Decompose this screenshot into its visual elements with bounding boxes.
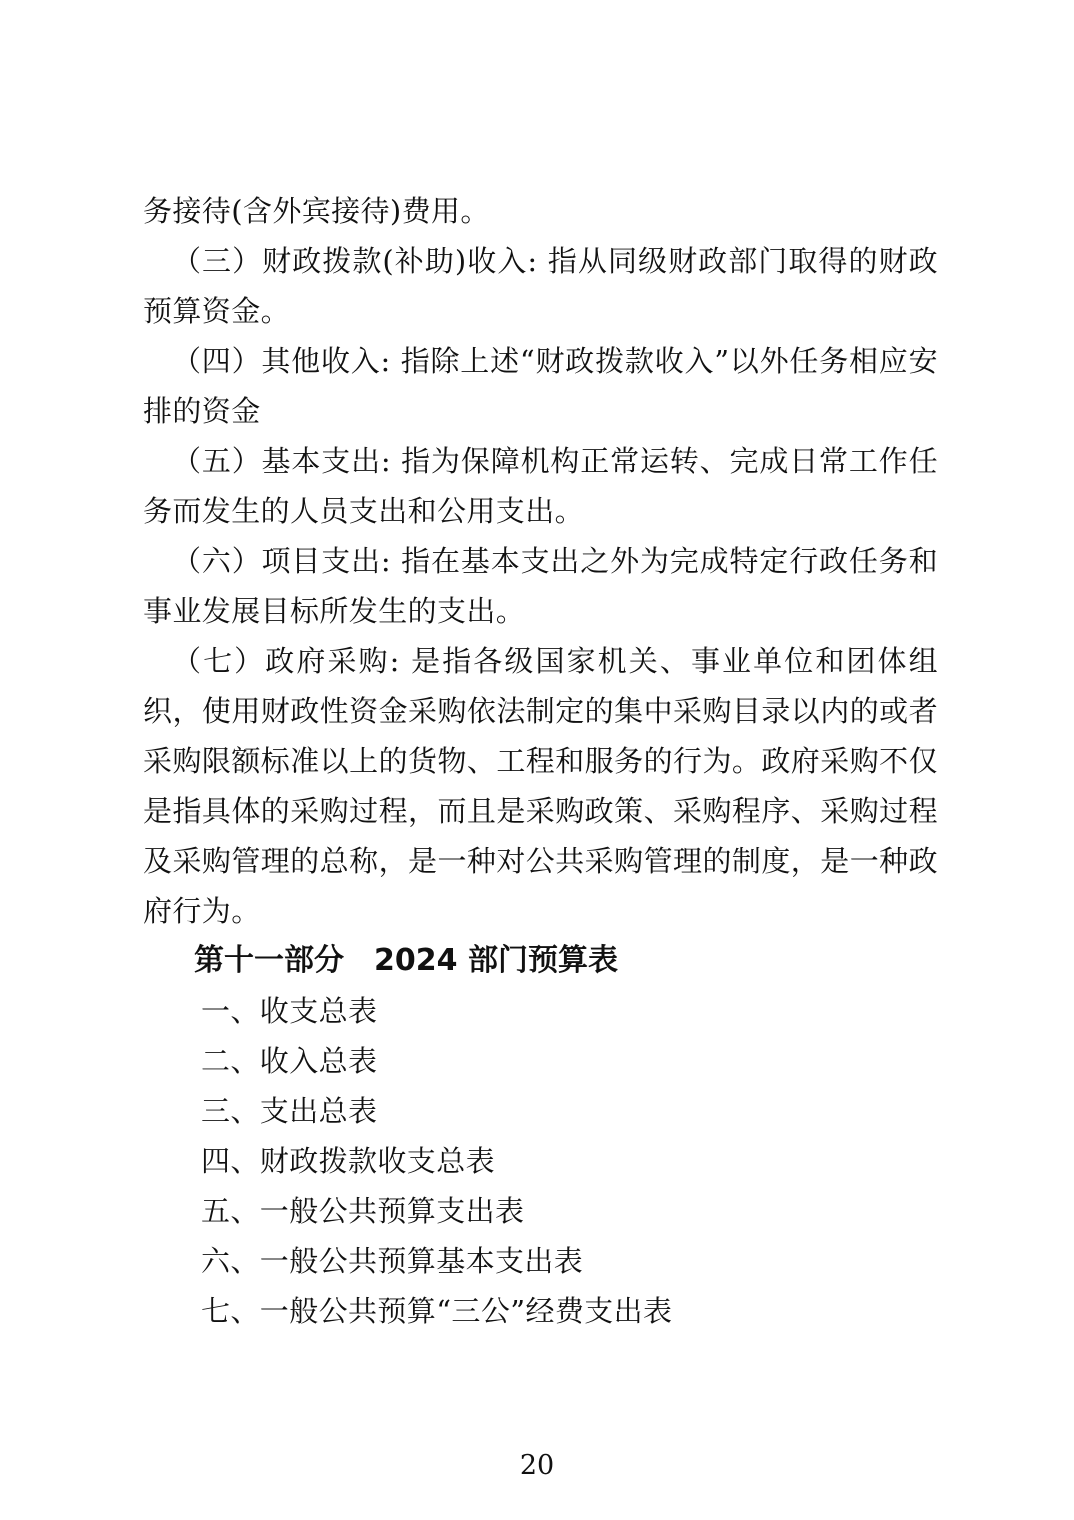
paragraph-definition-3: （三）财政拨款(补助)收入: 指从同级财政部门取得的财政预算资金。 [143, 236, 938, 336]
paragraph-definition-7: （七）政府采购: 是指各级国家机关、事业单位和团体组织，使用财政性资金采购依法制… [143, 636, 938, 936]
list-item-4: 四、财政拨款收支总表 [143, 1136, 938, 1186]
page-number: 20 [0, 1450, 1074, 1481]
list-item-6: 六、一般公共预算基本支出表 [143, 1236, 938, 1286]
paragraph-definition-6: （六）项目支出: 指在基本支出之外为完成特定行政任务和事业发展目标所发生的支出。 [143, 536, 938, 636]
list-item-1: 一、收支总表 [143, 986, 938, 1036]
paragraph-continuation: 务接待(含外宾接待)费用。 [143, 186, 938, 236]
list-item-2: 二、收入总表 [143, 1036, 938, 1086]
document-page: 务接待(含外宾接待)费用。 （三）财政拨款(补助)收入: 指从同级财政部门取得的… [0, 0, 1074, 1520]
list-item-5: 五、一般公共预算支出表 [143, 1186, 938, 1236]
budget-table-list: 一、收支总表 二、收入总表 三、支出总表 四、财政拨款收支总表 五、一般公共预算… [143, 986, 938, 1336]
section-heading: 第十一部分 2024 部门预算表 [143, 936, 938, 986]
list-item-3: 三、支出总表 [143, 1086, 938, 1136]
paragraph-definition-4: （四）其他收入: 指除上述“财政拨款收入”以外任务相应安排的资金 [143, 336, 938, 436]
list-item-7: 七、一般公共预算“三公”经费支出表 [143, 1286, 938, 1336]
paragraph-definition-5: （五）基本支出: 指为保障机构正常运转、完成日常工作任务而发生的人员支出和公用支… [143, 436, 938, 536]
document-body: 务接待(含外宾接待)费用。 （三）财政拨款(补助)收入: 指从同级财政部门取得的… [143, 186, 938, 1336]
